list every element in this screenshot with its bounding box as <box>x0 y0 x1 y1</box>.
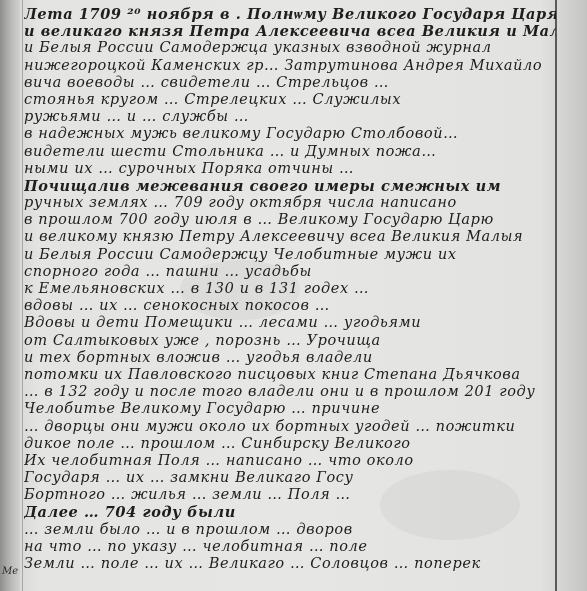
text-line: к Емельяновских … в 130 и в 131 годех … <box>24 281 556 298</box>
text-line: нижегороцкой Каменских гр… Затрутинова А… <box>24 58 556 75</box>
text-line: ружьями … и … службы … <box>24 109 556 126</box>
text-line: ручных землях … 709 году октября числа н… <box>24 195 556 212</box>
text-line: ными их … сурочных Поряка отчины … <box>24 161 556 178</box>
text-line: вича воеводы … свидетели … Стрельцов … <box>24 75 556 92</box>
text-line: и тех бортных вложив … угодья владели <box>24 350 556 367</box>
text-line: Государя … их … замкни Великаго Госу <box>24 470 556 487</box>
text-line: Земли … поле … их … Великаго … Соловцов … <box>24 556 556 573</box>
text-line: и великому князю Петру Алексеевичу всеа … <box>24 229 556 246</box>
text-line: в надежных мужь великому Государю Столбо… <box>24 126 556 143</box>
text-line: Челобитье Великому Государю … причине <box>24 401 556 418</box>
text-line: на что … по указу … челобитная … поле <box>24 539 556 556</box>
text-line: стоянья кругом … Стрелецких … Служилых <box>24 92 556 109</box>
text-line: вдовы … их … сенокосных покосов … <box>24 298 556 315</box>
text-line: … в 132 году и после того владели они и … <box>24 384 556 401</box>
margin-annotation: Ме <box>2 566 18 577</box>
text-line: … дворцы они мужи около их бортных угоде… <box>24 419 556 436</box>
text-line: и Белыя России Самодержцу Челобитные муж… <box>24 247 556 264</box>
left-margin-rule <box>22 0 23 591</box>
text-line: и великаго князя Петра Алексеевича всеа … <box>24 23 556 40</box>
text-line: видетели шести Стольника … и Думных пожа… <box>24 144 556 161</box>
text-line: Далее … 704 году были <box>24 504 556 521</box>
text-line: Их челобитная Поля … написано … что окол… <box>24 453 556 470</box>
text-line: и Белыя России Самодержца указных взводн… <box>24 40 556 57</box>
text-line: от Салтыковых уже , порознь … Урочища <box>24 333 556 350</box>
text-line: в прошлом 700 году июля в … Великому Гос… <box>24 212 556 229</box>
text-line: спорного года … пашни … усадьбы <box>24 264 556 281</box>
right-page-margin <box>557 0 587 591</box>
text-line: потомки их Павловского писцовых книг Сте… <box>24 367 556 384</box>
text-line: … земли было … и в прошлом … дворов <box>24 522 556 539</box>
manuscript-page: Лета 1709 ²⁰ ноября в . Полнѡму Великого… <box>0 0 587 591</box>
text-line: дикое поле … прошлом … Синбирску Великог… <box>24 436 556 453</box>
text-line: Бортного … жилья … земли … Поля … <box>24 487 556 504</box>
text-line: Почищалив межевания своего имеры смежных… <box>24 178 556 195</box>
text-line: Вдовы и дети Помещики … лесами … угодьям… <box>24 315 556 332</box>
text-line: Лета 1709 ²⁰ ноября в . Полнѡму Великого… <box>24 6 556 23</box>
page-binding-edge <box>0 0 20 591</box>
handwritten-text-block: Лета 1709 ²⁰ ноября в . Полнѡму Великого… <box>24 6 556 573</box>
